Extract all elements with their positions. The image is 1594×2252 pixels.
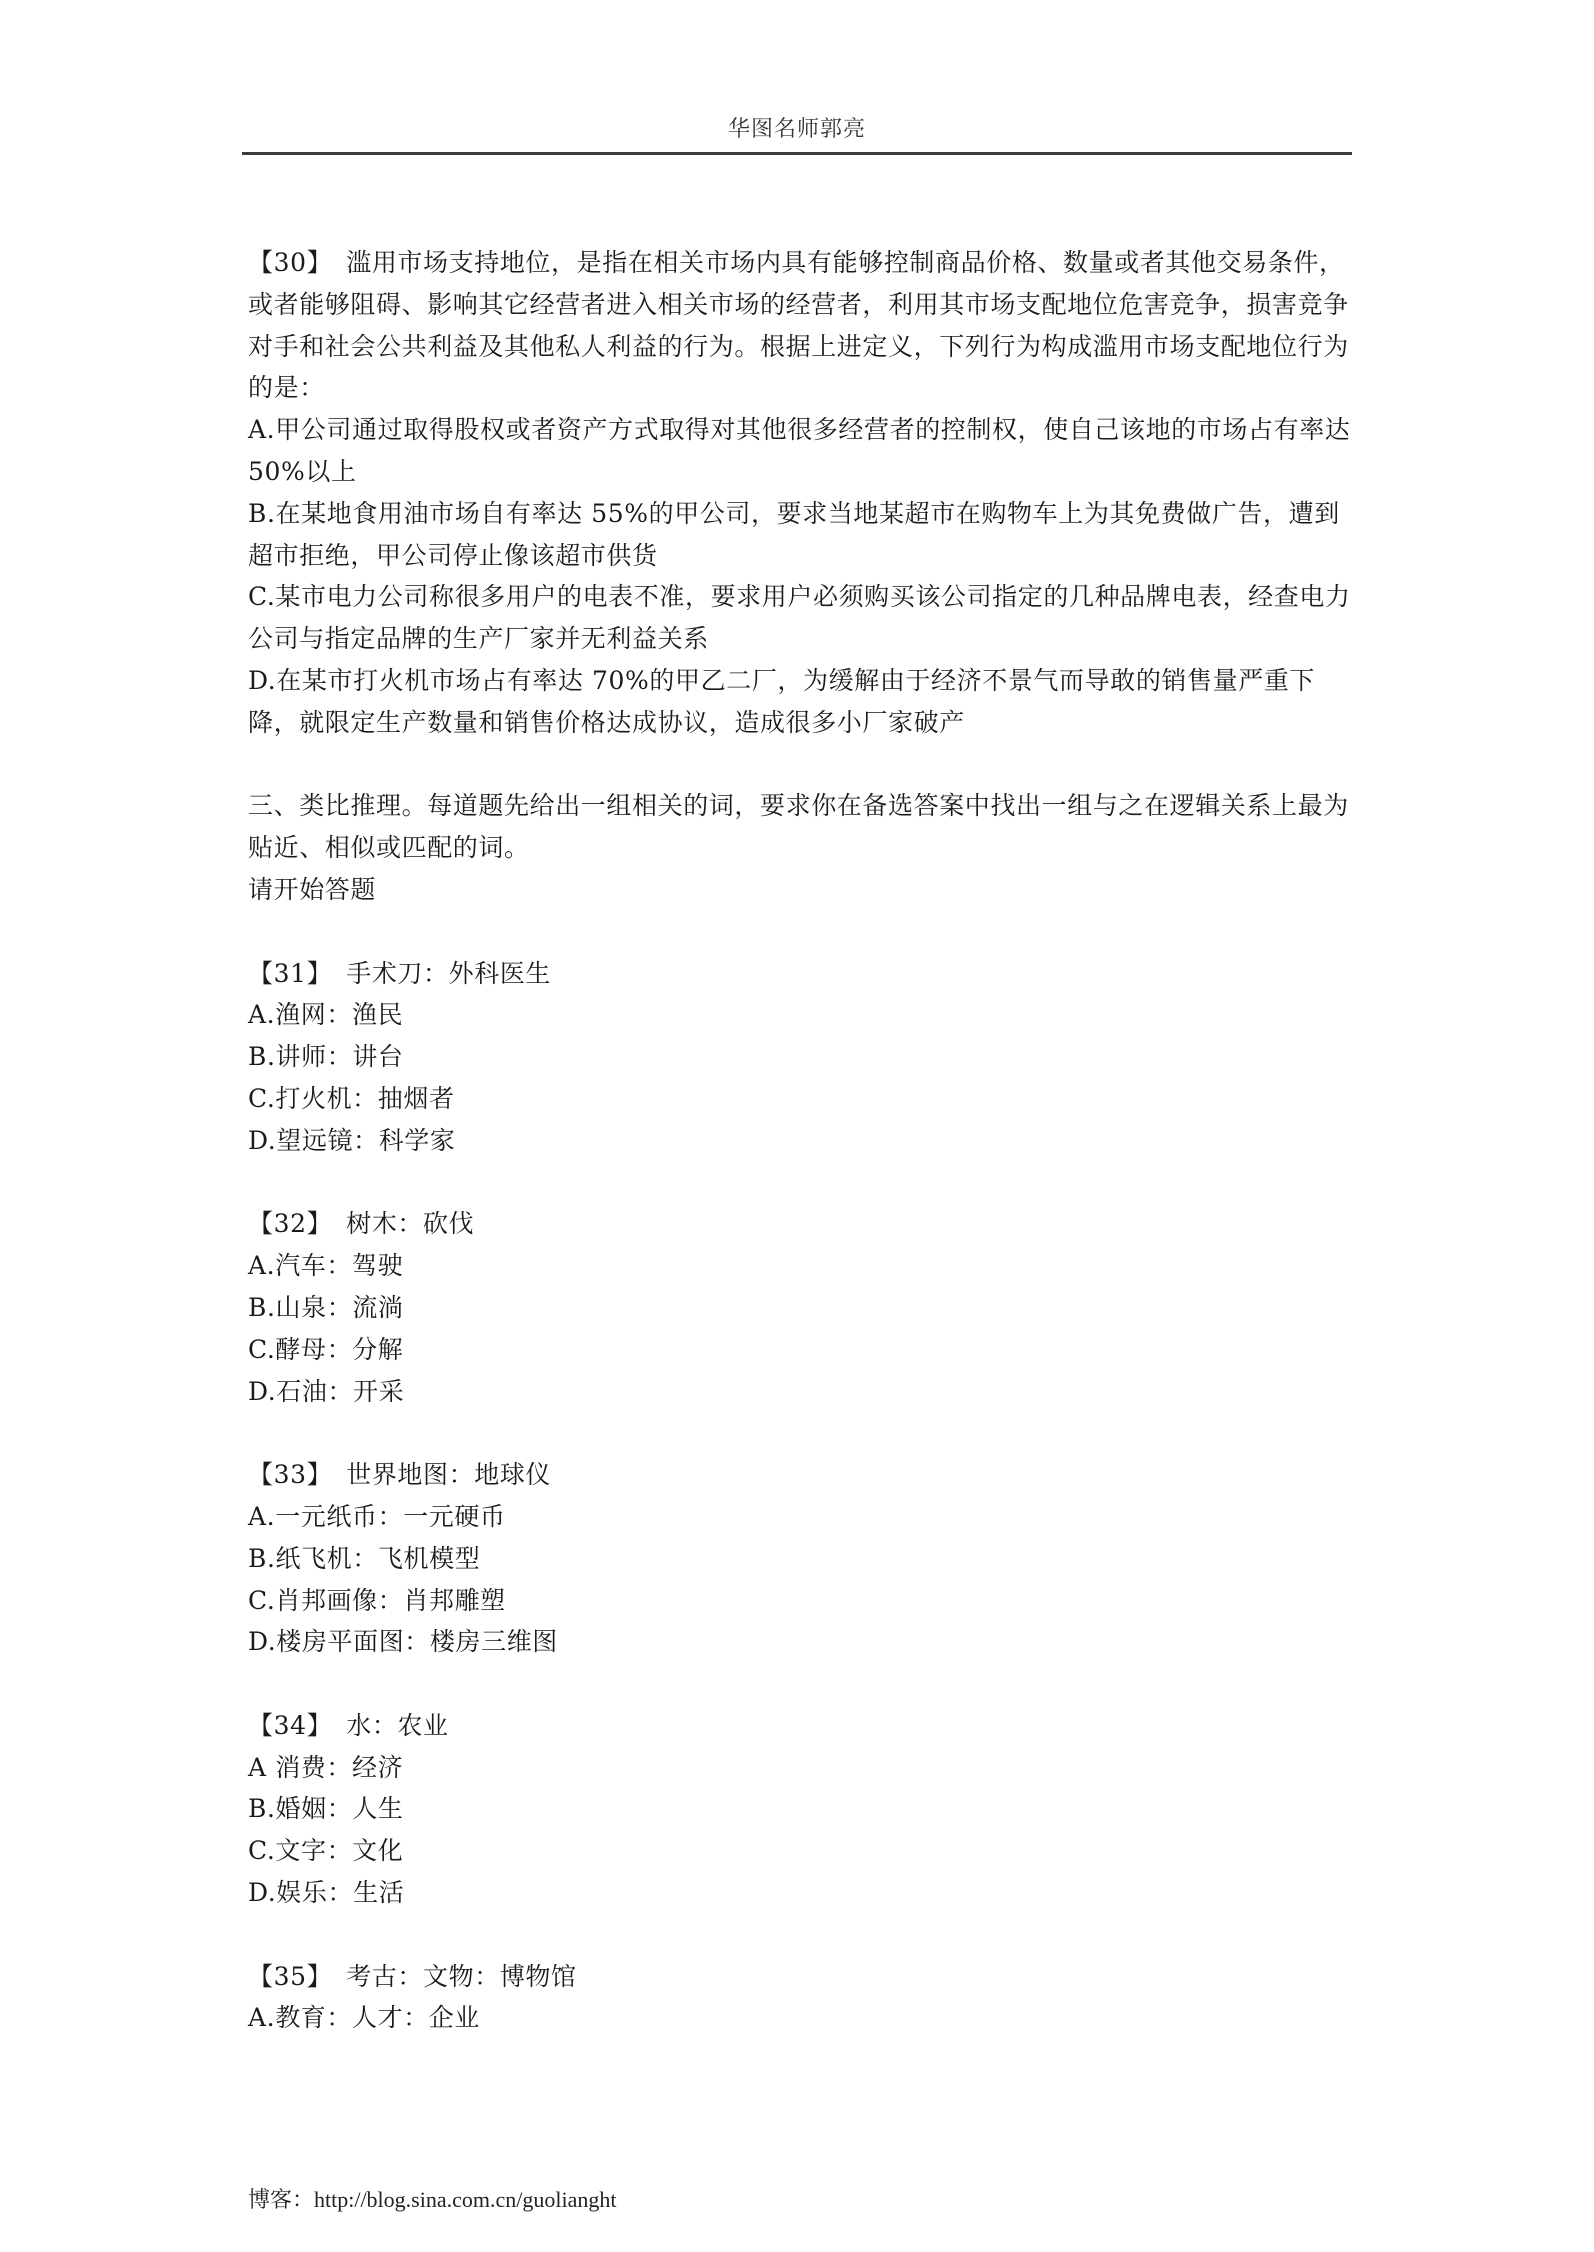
option-b: B.讲师：讲台 [248,1036,1360,1078]
question-number: 【35】 [248,1962,332,1991]
option-a: A.甲公司通过取得股权或者资产方式取得对其他很多经营者的控制权，使自己该地的市场… [248,409,1360,493]
option-a: A.汽车：驾驶 [248,1245,1360,1287]
question-32: 【32】树木：砍伐 A.汽车：驾驶 B.山泉：流淌 C.酵母：分解 D.石油：开… [248,1203,1360,1412]
question-number: 【31】 [248,959,332,988]
option-c: C.肖邦画像：肖邦雕塑 [248,1580,1360,1622]
footer-blog-link: 博客：http://blog.sina.com.cn/guolianght [248,2183,616,2214]
question-stem: 【33】世界地图：地球仪 [248,1454,1360,1496]
question-stem: 【35】考古：文物：博物馆 [248,1956,1360,1998]
option-d: D.望远镜：科学家 [248,1120,1360,1162]
section-instructions: 三、类比推理。每道题先给出一组相关的词，要求你在备选答案中找出一组与之在逻辑关系… [248,785,1360,869]
question-text: 水：农业 [346,1711,448,1740]
question-text: 滥用市场支持地位，是指在相关市场内具有能够控制商品价格、数量或者其他交易条件，或… [248,248,1349,402]
question-text: 手术刀：外科医生 [346,959,551,988]
option-b: B.婚姻：人生 [248,1788,1360,1830]
question-34: 【34】水：农业 A 消费：经济 B.婚姻：人生 C.文字：文化 D.娱乐：生活 [248,1705,1360,1914]
question-text: 考古：文物：博物馆 [346,1962,576,1991]
question-number: 【34】 [248,1711,332,1740]
spacer [248,911,1360,953]
spacer [248,1663,1360,1705]
option-b: B.山泉：流淌 [248,1287,1360,1329]
option-d: D.楼房平面图：楼房三维图 [248,1621,1360,1663]
option-a: A.一元纸币：一元硬币 [248,1496,1360,1538]
question-35: 【35】考古：文物：博物馆 A.教育：人才：企业 [248,1956,1360,2040]
option-d: D.石油：开采 [248,1371,1360,1413]
spacer [248,1412,1360,1454]
option-d: D.娱乐：生活 [248,1872,1360,1914]
option-a: A.渔网：渔民 [248,994,1360,1036]
question-stem: 【32】树木：砍伐 [248,1203,1360,1245]
question-stem: 【31】手术刀：外科医生 [248,953,1360,995]
question-33: 【33】世界地图：地球仪 A.一元纸币：一元硬币 B.纸飞机：飞机模型 C.肖邦… [248,1454,1360,1663]
page-header-title: 华图名师郭亮 [242,112,1352,143]
option-d: D.在某市打火机市场占有率达 70%的甲乙二厂，为缓解由于经济不景气而导敢的销售… [248,660,1360,744]
option-c: C.某市电力公司称很多用户的电表不准，要求用户必须购买该公司指定的几种品牌电表，… [248,576,1360,660]
option-a: A.教育：人才：企业 [248,1997,1360,2039]
section-3-intro: 三、类比推理。每道题先给出一组相关的词，要求你在备选答案中找出一组与之在逻辑关系… [248,785,1360,910]
header-divider [242,152,1352,155]
document-body: 【30】滥用市场支持地位，是指在相关市场内具有能够控制商品价格、数量或者其他交易… [248,242,1360,2039]
question-text: 树木：砍伐 [346,1209,474,1238]
spacer [248,1914,1360,1956]
option-b: B.在某地食用油市场自有率达 55%的甲公司，要求当地某超市在购物车上为其免费做… [248,493,1360,577]
option-c: C.打火机：抽烟者 [248,1078,1360,1120]
question-number: 【30】 [248,248,332,277]
question-number: 【32】 [248,1209,332,1238]
option-b: B.纸飞机：飞机模型 [248,1538,1360,1580]
question-number: 【33】 [248,1460,332,1489]
question-stem: 【30】滥用市场支持地位，是指在相关市场内具有能够控制商品价格、数量或者其他交易… [248,242,1360,409]
spacer [248,1162,1360,1204]
spacer [248,744,1360,786]
option-c: C.酵母：分解 [248,1329,1360,1371]
option-c: C.文字：文化 [248,1830,1360,1872]
question-31: 【31】手术刀：外科医生 A.渔网：渔民 B.讲师：讲台 C.打火机：抽烟者 D… [248,953,1360,1162]
question-stem: 【34】水：农业 [248,1705,1360,1747]
question-30: 【30】滥用市场支持地位，是指在相关市场内具有能够控制商品价格、数量或者其他交易… [248,242,1360,744]
start-prompt: 请开始答题 [248,869,1360,911]
option-a: A 消费：经济 [248,1747,1360,1789]
question-text: 世界地图：地球仪 [346,1460,551,1489]
